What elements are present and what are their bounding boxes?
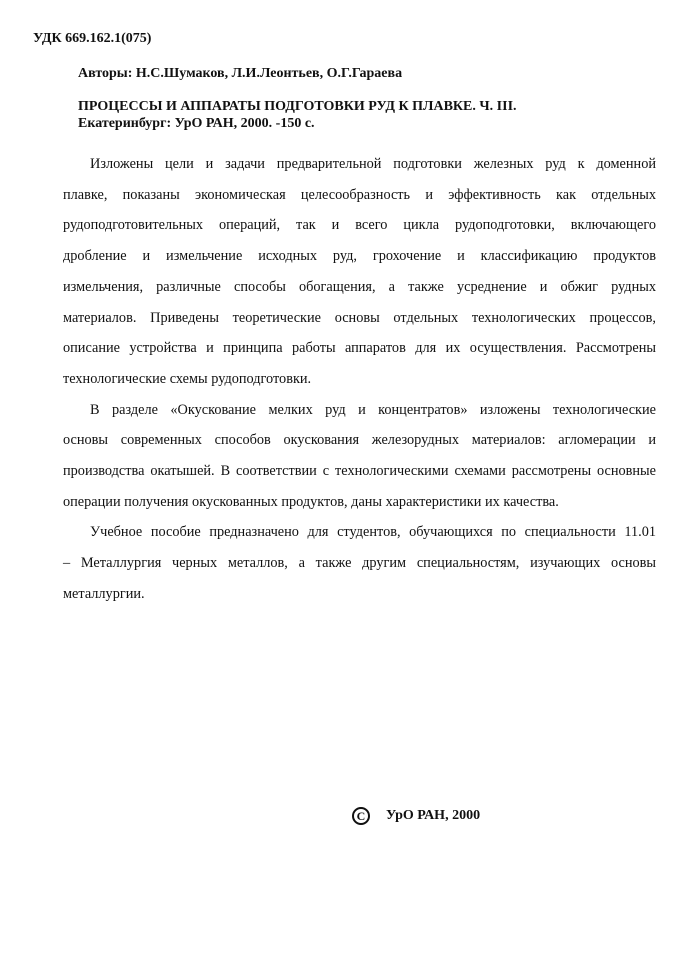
text-line: плавке, показаны экономическая целесообр… — [63, 186, 656, 204]
publication-info: Екатеринбург: УрО РАН, 2000. -150 с. — [78, 116, 315, 132]
text-line: В разделе «Окускование мелких руд и конц… — [90, 401, 656, 419]
text-line: – Металлургия черных металлов, а также д… — [63, 554, 656, 572]
text-line: описание устройства и принципа работы ап… — [63, 339, 656, 357]
text-line: материалов. Приведены теоретические осно… — [63, 309, 656, 327]
text-line: операции получения окускованных продукто… — [63, 493, 656, 511]
book-title: ПРОЦЕССЫ И АППАРАТЫ ПОДГОТОВКИ РУД К ПЛА… — [78, 99, 517, 115]
authors-line: Авторы: Н.С.Шумаков, Л.И.Леонтьев, О.Г.Г… — [78, 66, 402, 82]
text-line: измельчения, различные способы обогащени… — [63, 278, 656, 296]
copyright-notice: C УрО РАН, 2000 — [352, 807, 480, 825]
text-line: производства окатышей. В соответствии с … — [63, 462, 656, 480]
udk-code: УДК 669.162.1(075) — [33, 31, 151, 47]
text-line: рудоподготовительных операций, так и все… — [63, 216, 656, 234]
text-line: металлургии. — [63, 585, 656, 603]
text-line: Изложены цели и задачи предварительной п… — [90, 155, 656, 173]
copyright-holder: УрО РАН, 2000 — [386, 808, 480, 824]
copyright-icon: C — [352, 807, 370, 825]
text-line: основы современных способов окускования … — [63, 431, 656, 449]
text-line: Учебное пособие предназначено для студен… — [90, 523, 656, 541]
text-line: технологические схемы рудоподготовки. — [63, 370, 656, 388]
text-line: дробление и измельчение исходных руд, гр… — [63, 247, 656, 265]
